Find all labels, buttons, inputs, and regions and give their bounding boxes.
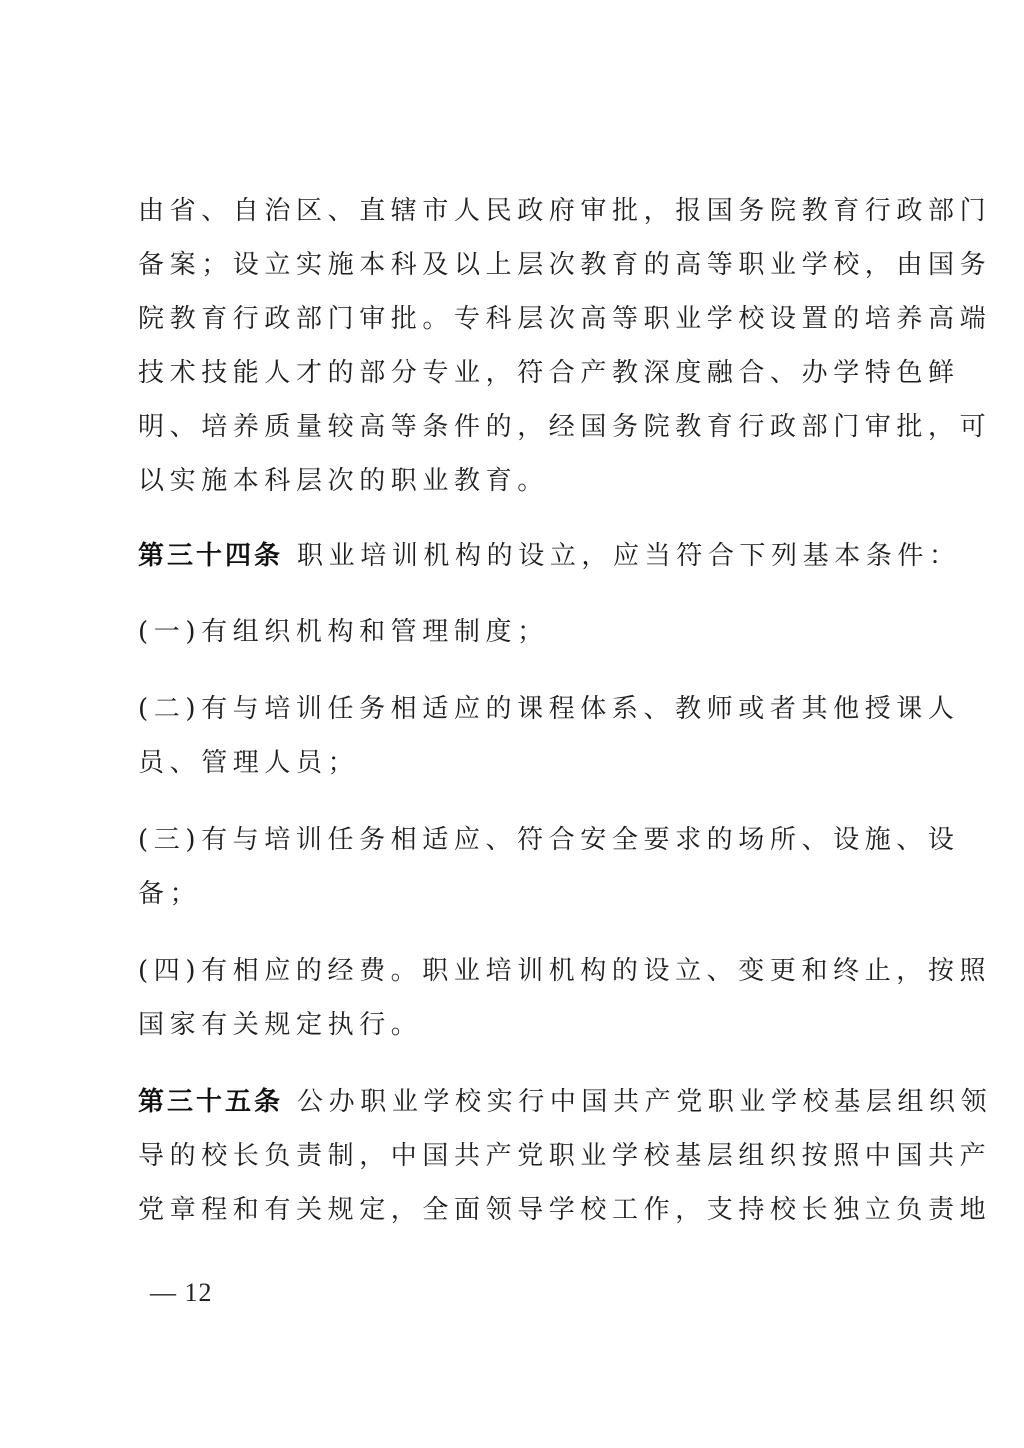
article-35-line-2: 导的校长负责制，中国共产党职业学校基层组织按照中国共产 (138, 1140, 991, 1172)
article-34-intro: 职业培训机构的设立，应当符合下列基本条件： (297, 541, 961, 571)
document-page: 由省、自治区、直辖市人民政府审批，报国务院教育行政部门 备案；设立实施本科及以上… (0, 0, 1024, 1448)
list-item-4-cont: 国家有关规定执行。 (138, 1009, 422, 1041)
article-35-line-1: 公办职业学校实行中国共产党职业学校基层组织领 (297, 1087, 992, 1117)
paragraph-line: 明、培养质量较高等条件的，经国务院教育行政部门审批，可 (138, 411, 991, 443)
paragraph-line: 备案；设立实施本科及以上层次教育的高等职业学校，由国务 (138, 249, 991, 281)
paragraph-line: 由省、自治区、直辖市人民政府审批，报国务院教育行政部门 (138, 195, 991, 227)
list-item-4: (四)有相应的经费。职业培训机构的设立、变更和终止，按照 (138, 955, 991, 987)
list-item-3-cont: 备； (138, 878, 201, 910)
paragraph-line: 院教育行政部门审批。专科层次高等职业学校设置的培养高端 (138, 303, 991, 335)
article-35-title: 第三十五条 (138, 1087, 283, 1117)
paragraph-line: 技术技能人才的部分专业，符合产教深度融合、办学特色鲜 (138, 357, 960, 389)
list-item-3: (三)有与培训任务相适应、符合安全要求的场所、设施、设 (138, 824, 960, 856)
article-35-line-3: 党章程和有关规定，全面领导学校工作，支持校长独立负责地 (138, 1194, 991, 1226)
list-item-2-cont: 员、管理人员； (138, 747, 359, 779)
paragraph-line: 以实施本科层次的职业教育。 (138, 465, 549, 497)
article-34-title: 第三十四条 (138, 541, 283, 571)
list-item-2: (二)有与培训任务相适应的课程体系、教师或者其他授课人 (138, 693, 960, 725)
article-34-heading: 第三十四条职业培训机构的设立，应当符合下列基本条件： (138, 540, 961, 572)
article-35-heading: 第三十五条公办职业学校实行中国共产党职业学校基层组织领 (138, 1086, 992, 1118)
list-item-1: (一)有组织机构和管理制度； (138, 616, 549, 648)
page-number: — 12 (150, 1278, 213, 1308)
